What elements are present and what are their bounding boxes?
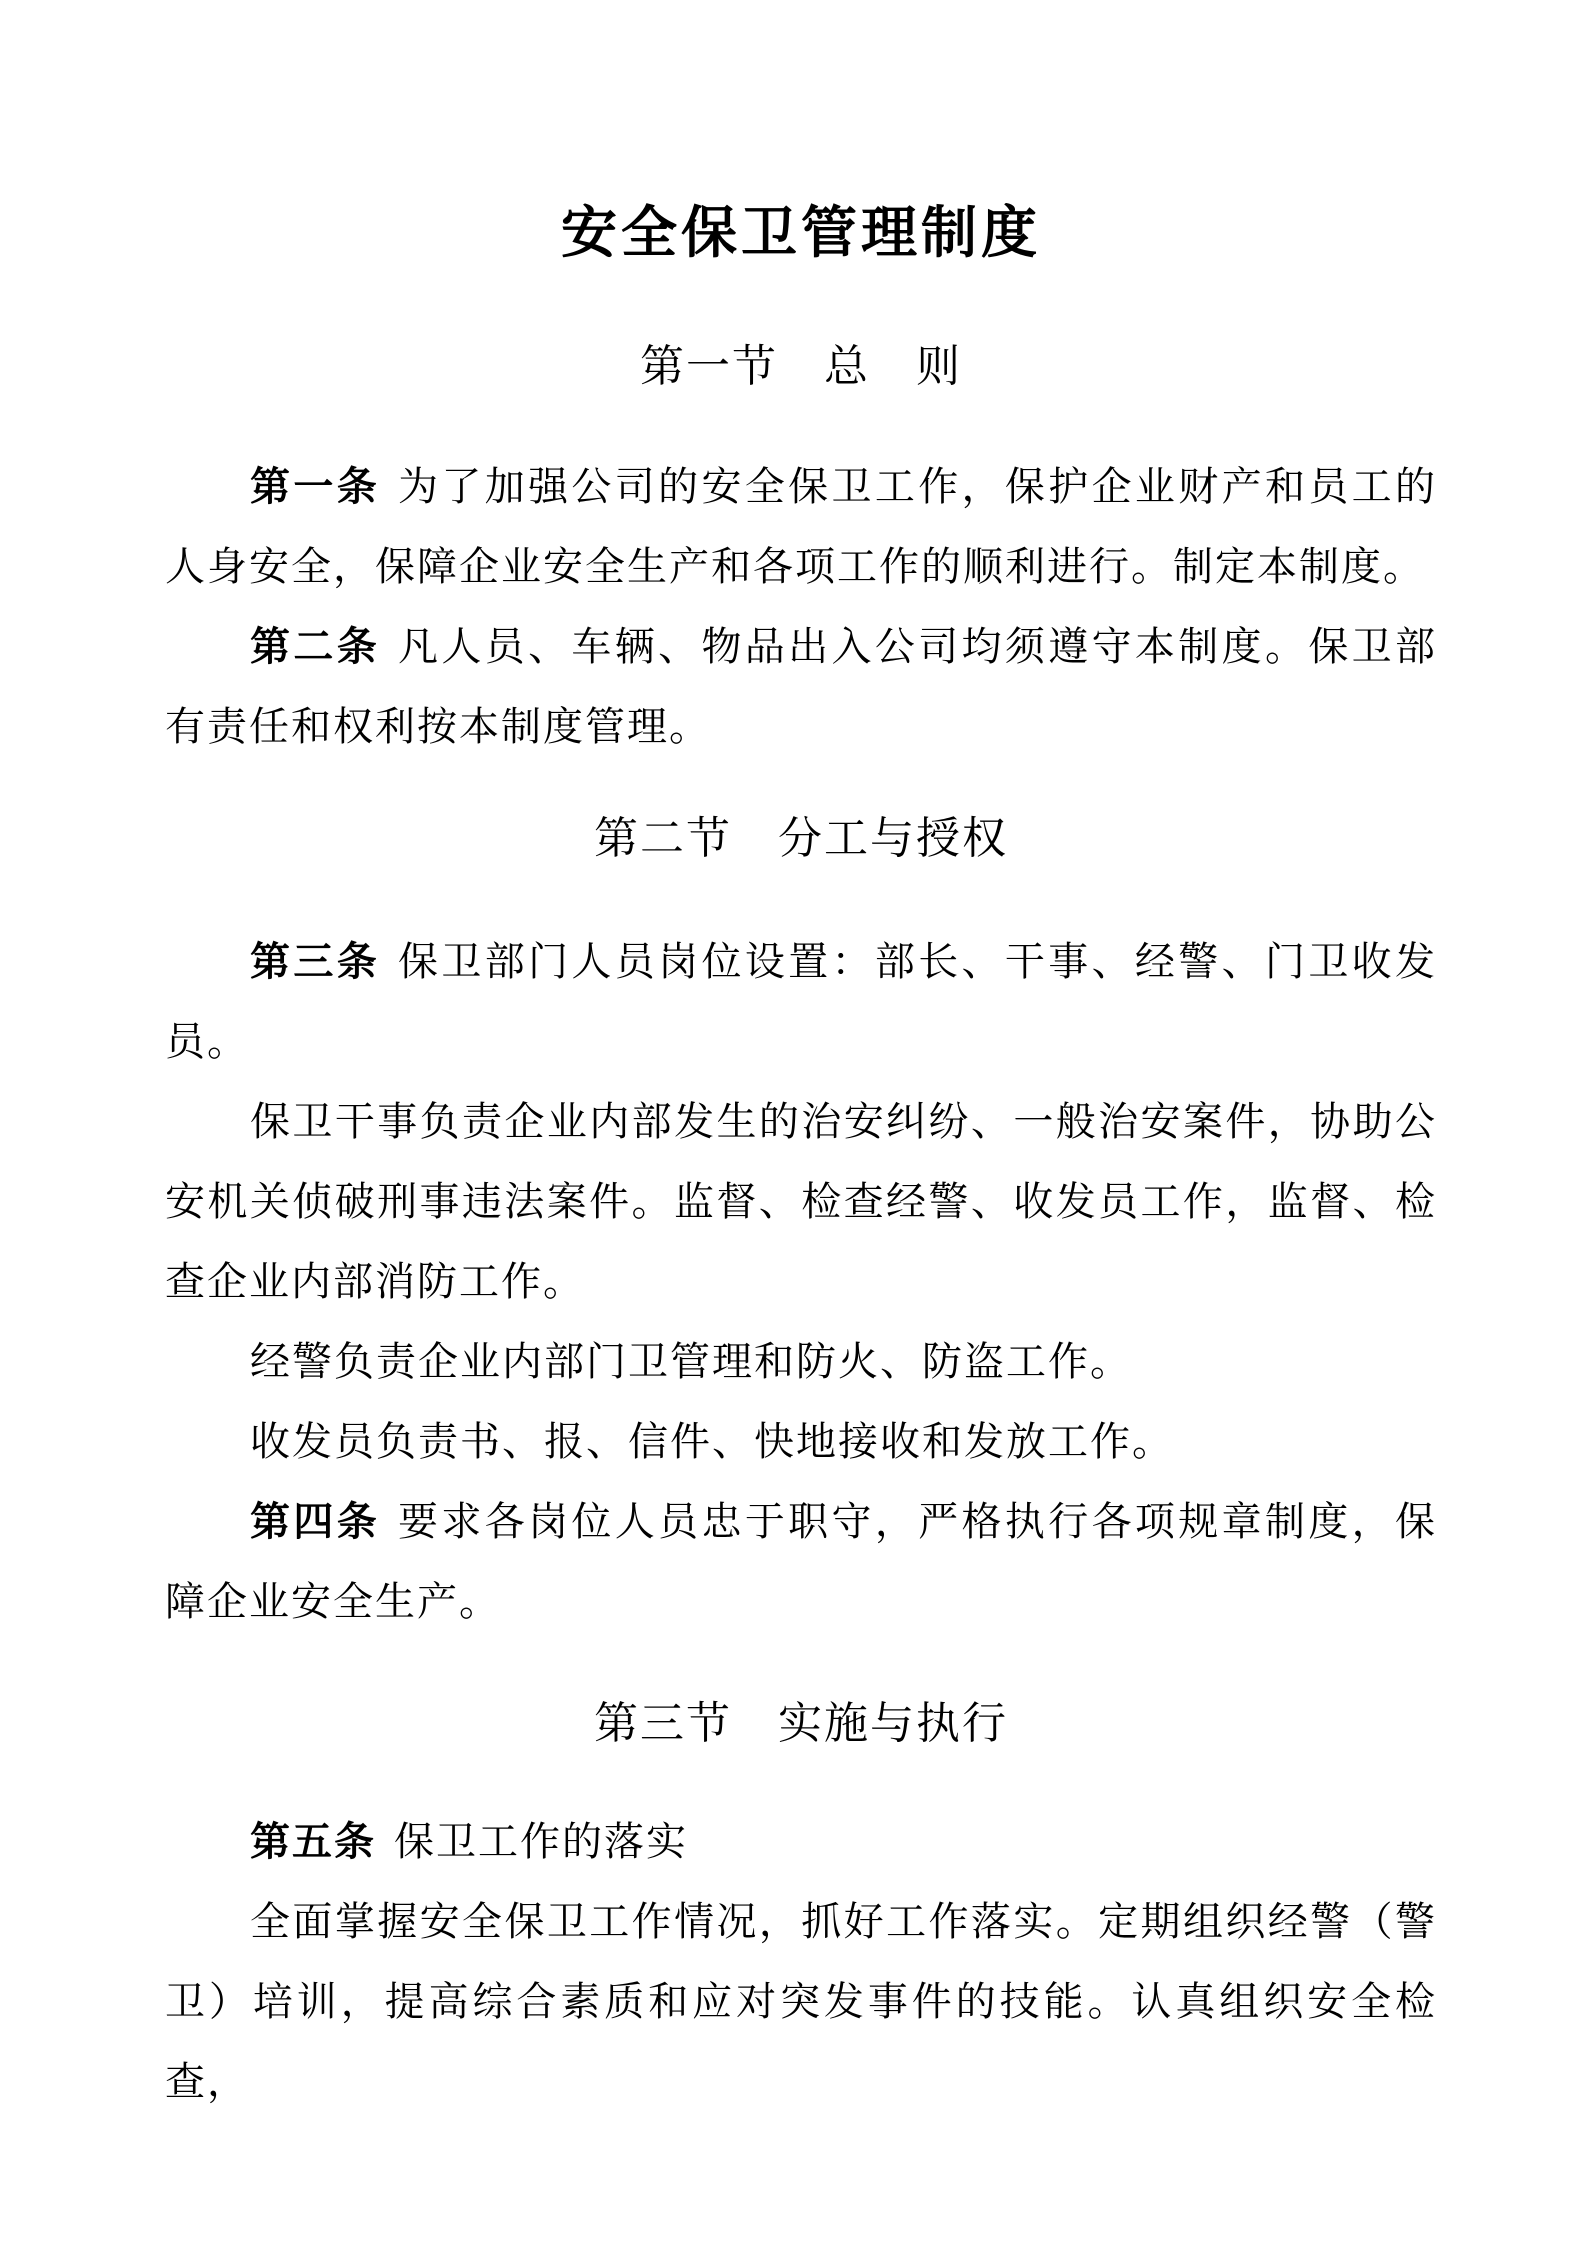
mail-clerk-duties-paragraph: 收发员负责书、报、信件、快地接收和发放工作。 [165, 1402, 1437, 1482]
security-officer-duties-paragraph: 保卫干事负责企业内部发生的治安纠纷、一般治安案件，协助公安机关侦破刑事违法案件。… [165, 1082, 1437, 1322]
security-officer-duties-text: 保卫干事负责企业内部发生的治安纠纷、一般治安案件，协助公安机关侦破刑事违法案件。… [165, 1099, 1437, 1304]
implementation-detail-text: 全面掌握安全保卫工作情况，抓好工作落实。定期组织经警（警卫）培训，提高综合素质和… [165, 1899, 1437, 2104]
document-page: 安全保卫管理制度 第一节 总 则 第一条为了加强公司的安全保卫工作，保护企业财产… [0, 0, 1587, 2245]
mail-clerk-duties-text: 收发员负责书、报、信件、快地接收和发放工作。 [250, 1419, 1174, 1464]
article-3-paragraph: 第三条保卫部门人员岗位设置：部长、干事、经警、门卫收发员。 [165, 922, 1437, 1082]
article-2-number: 第二条 [250, 624, 380, 669]
article-1-number: 第一条 [250, 464, 380, 509]
guard-duties-text: 经警负责企业内部门卫管理和防火、防盗工作。 [250, 1339, 1132, 1384]
implementation-detail-paragraph: 全面掌握安全保卫工作情况，抓好工作落实。定期组织经警（警卫）培训，提高综合素质和… [165, 1882, 1437, 2122]
section-heading-division-authorization: 第二节 分工与授权 [165, 799, 1437, 879]
article-4-number: 第四条 [250, 1499, 380, 1544]
article-3-number: 第三条 [250, 939, 380, 984]
article-1-paragraph: 第一条为了加强公司的安全保卫工作，保护企业财产和员工的人身安全，保障企业安全生产… [165, 447, 1437, 607]
section-heading-general-rules: 第一节 总 则 [165, 327, 1437, 407]
guard-duties-paragraph: 经警负责企业内部门卫管理和防火、防盗工作。 [165, 1322, 1437, 1402]
article-5-text: 保卫工作的落实 [394, 1819, 688, 1864]
article-5-number: 第五条 [250, 1819, 376, 1864]
document-title: 安全保卫管理制度 [165, 192, 1437, 276]
section-heading-implementation-execution: 第三节 实施与执行 [165, 1684, 1437, 1764]
article-5-paragraph: 第五条保卫工作的落实 [165, 1802, 1437, 1882]
article-4-paragraph: 第四条要求各岗位人员忠于职守，严格执行各项规章制度，保障企业安全生产。 [165, 1482, 1437, 1642]
article-2-paragraph: 第二条凡人员、车辆、物品出入公司均须遵守本制度。保卫部有责任和权利按本制度管理。 [165, 607, 1437, 767]
